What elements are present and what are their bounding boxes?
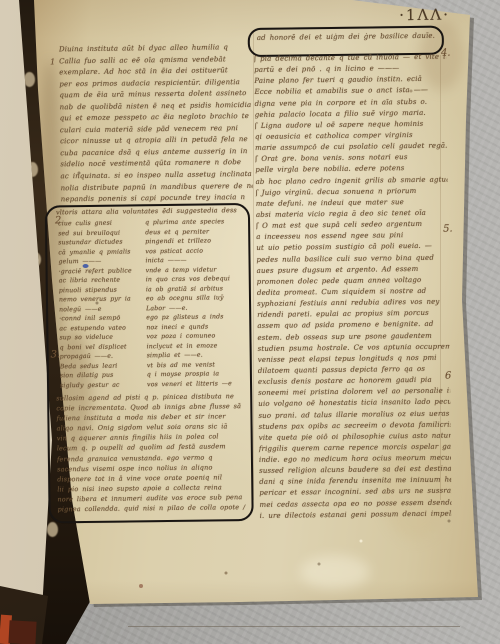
margin-number-1: 1 [50, 57, 55, 66]
script-line: vos veneri et litteris —e [147, 380, 244, 391]
script-line: i. ure dilectois estanai geni possum den… [260, 509, 452, 522]
folio-number: ·1ΛΛ· [394, 5, 454, 24]
right-text-column: ʃ pia decima decante q tue cū inuoia — e… [254, 53, 452, 523]
left-text-column: Diuina instituta aūt bi dyac alleo humil… [59, 43, 253, 207]
blue-ink-dot [83, 264, 89, 268]
manuscript-photo: ·1ΛΛ· ad honorē dei et uiġm dei ġre basi… [0, 0, 500, 644]
box-left-subcolumn: ciue culis gnesised sui breuiloquisustun… [58, 219, 142, 391]
box-sub-columns: ciue culis gnesised sui breuiloquisustun… [58, 218, 244, 391]
script-line: sigludy gestur ac [60, 381, 142, 392]
box-bottom-paragraph: sullosim agend ad pisti q p. pinicea dis… [56, 392, 245, 515]
handwritten-text-layer: ·1ΛΛ· ad honorē dei et uiġm dei ġre basi… [0, 0, 500, 644]
box-right-subcolumn: q plurima ante speciesdeus et q perniter… [145, 218, 244, 390]
